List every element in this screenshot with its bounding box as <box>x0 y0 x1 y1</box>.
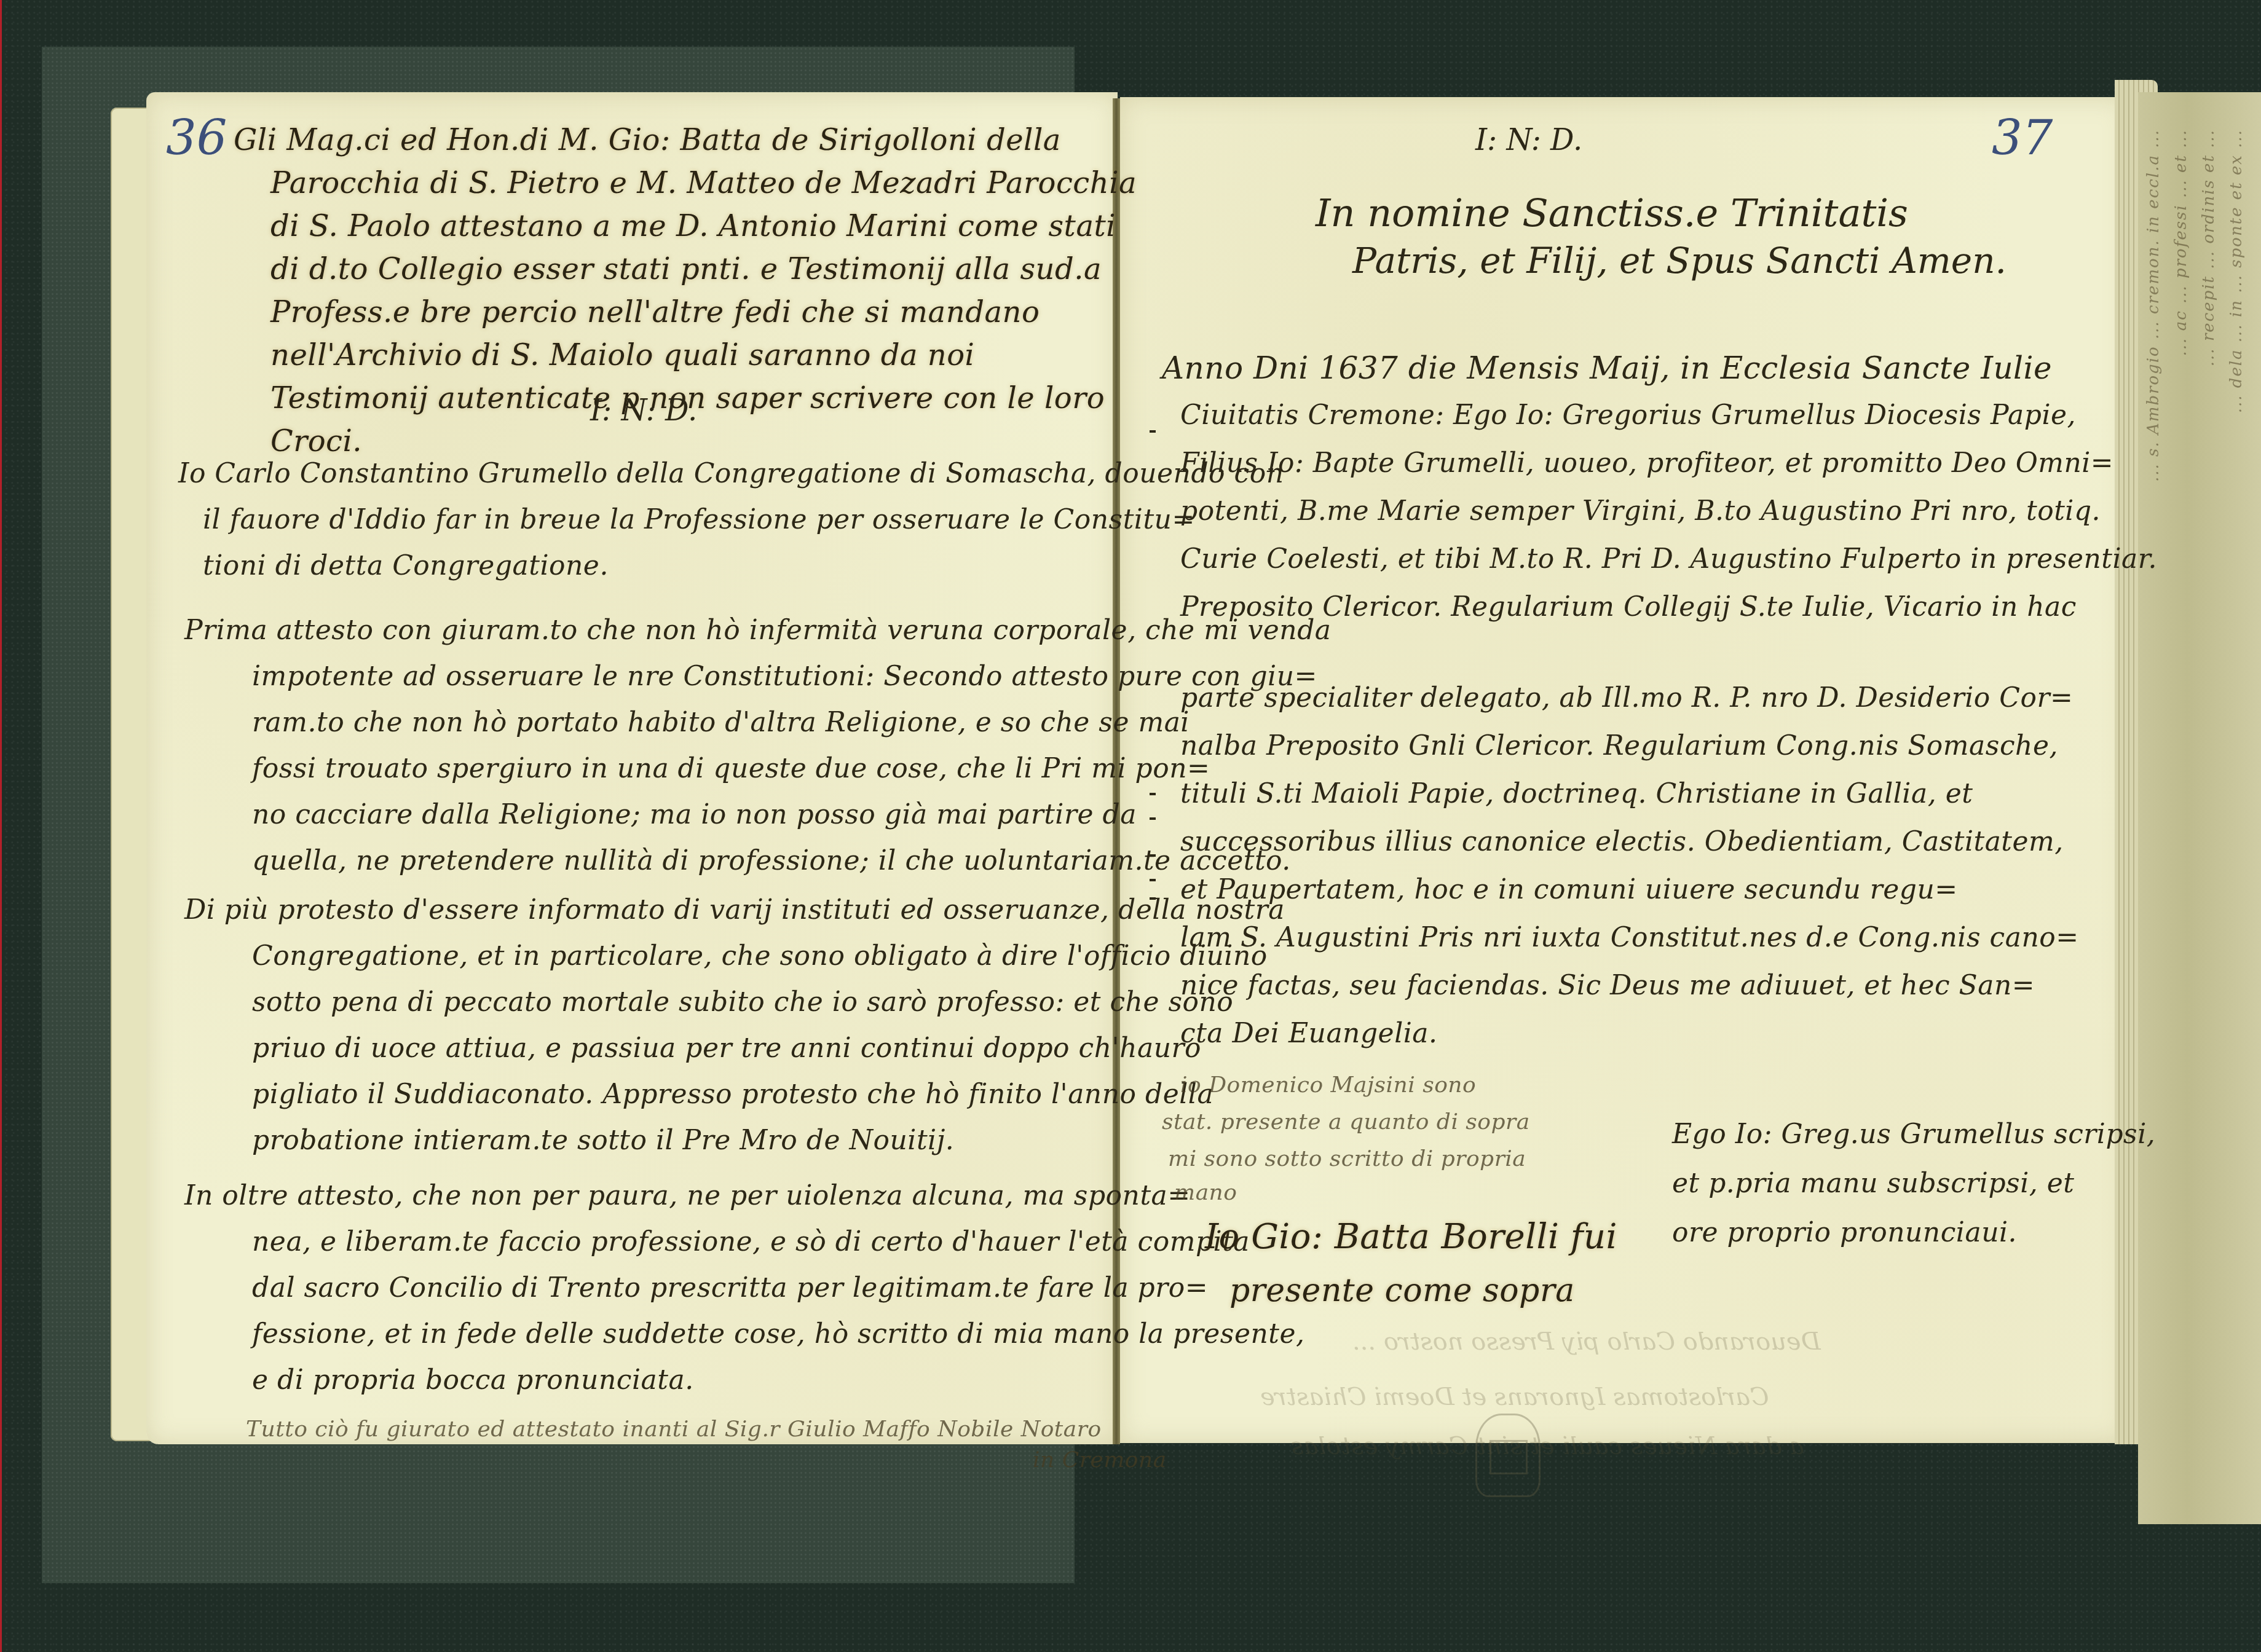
folio-number-right: 37 <box>1992 111 2053 166</box>
strip-line: ... dela ... in ... sponte et ex ... <box>2227 129 2246 413</box>
text-line: dal sacro Concilio di Trento prescritta … <box>252 1272 1208 1304</box>
strip-line: ... recepit ... ordinis et ... <box>2200 129 2218 366</box>
text-line: et p.pria manu subscripsi, et <box>1672 1168 2074 1199</box>
left-heading-ind: I: N: D. <box>590 393 697 428</box>
parchment-strip: ... s. Ambrogio ... cremon. in eccl.a ..… <box>2138 92 2261 1524</box>
text-line: sotto pena di peccato mortale subito che… <box>252 986 1233 1018</box>
folio-number-left: 36 <box>166 111 227 166</box>
margin-tick <box>1150 430 1156 433</box>
strip-line: ... ac ... professi ... et ... <box>2172 129 2190 356</box>
text-line: pigliato il Suddiaconato. Appresso prote… <box>252 1079 1213 1110</box>
text-line: no cacciare dalla Religione; ma io non p… <box>252 799 1137 830</box>
text-line: Preposito Clericor. Regularium Collegij … <box>1180 591 2077 623</box>
text-line: Curie Coelesti, et tibi M.to R. Pri D. A… <box>1180 543 2157 575</box>
text-line: Prima attesto con giuram.to che non hò i… <box>184 615 1332 646</box>
margin-tick <box>1150 854 1156 857</box>
text-line: Anno Dni 1637 die Mensis Maij, in Eccles… <box>1162 350 2052 386</box>
text-line: tioni di detta Congregatione. <box>203 550 609 581</box>
note-line: Gli Mag.ci ed Hon.di M. Gio: Batta de Si… <box>234 123 1061 157</box>
note-line: di S. Paolo attestano a me D. Antonio Ma… <box>270 209 1116 243</box>
margin-tick <box>1150 897 1156 900</box>
note-line: nell'Archivio di S. Maiolo quali saranno… <box>270 338 974 372</box>
text-line: stat. presente a quanto di sopra <box>1162 1109 1530 1135</box>
note-line: Croci. <box>270 424 362 458</box>
text-line: probatione intieram.te sotto il Pre Mro … <box>252 1125 954 1156</box>
text-line: nalba Preposito Gnli Clericor. Regulariu… <box>1180 730 2058 761</box>
text-line: tituli S.ti Maioli Papie, doctrineq. Chr… <box>1180 778 1973 809</box>
text-line: Ciuitatis Cremone: Ego Io: Gregorius Gru… <box>1180 399 2076 431</box>
text-line: Di più protesto d'essere informato di va… <box>184 894 1285 926</box>
note-line: Profess.e bre percio nell'altre fedi che… <box>270 295 1040 329</box>
show-through-text: a dara Nieues cauli et sint Carmy estola… <box>1291 1432 1804 1460</box>
text-line: mi sono sotto scritto di propria <box>1168 1146 1526 1171</box>
text-line: quella, ne pretendere nullità di profess… <box>252 845 1291 876</box>
text-line: ore proprio pronunciaui. <box>1672 1217 2017 1248</box>
text-line: priuo di uoce attiua, e passiua per tre … <box>252 1032 1201 1064</box>
text-line: presente come sopra <box>1229 1272 1575 1309</box>
margin-tick <box>1150 817 1156 820</box>
text-line: potenti, B.me Marie semper Virgini, B.to… <box>1180 495 2101 527</box>
text-line: in Cremona <box>1033 1447 1167 1473</box>
show-through-text: Deuorando Carlo piy Presso nostro ... <box>1352 1327 1821 1356</box>
watermark-seal <box>1475 1414 1541 1497</box>
text-line: fossi trouato spergiuro in una di queste… <box>252 753 1210 784</box>
invocation-line-1: In nomine Sanctiss.e Trinitatis <box>1316 191 1908 235</box>
right-heading-ind: I: N: D. <box>1475 123 1582 157</box>
text-line: nice factas, seu faciendas. Sic Deus me … <box>1180 970 2035 1001</box>
scan-edge-marker <box>0 0 2 1652</box>
note-line: Parocchia di S. Pietro e M. Matteo de Me… <box>270 166 1137 200</box>
invocation-line-2: Patris, et Filij, et Spus Sancti Amen. <box>1352 240 2006 281</box>
text-line: Io Gio: Batta Borelli fui <box>1205 1217 1617 1257</box>
text-line: e di propria bocca pronunciata. <box>252 1364 694 1396</box>
text-line: mano <box>1174 1180 1237 1205</box>
text-line: et Paupertatem, hoc e in comuni uiuere s… <box>1180 874 1958 905</box>
strip-line: ... s. Ambrogio ... cremon. in eccl.a ..… <box>2144 129 2163 482</box>
note-line: di d.to Collegio esser stati pnti. e Tes… <box>270 252 1102 286</box>
text-line: In oltre attesto, che non per paura, ne … <box>184 1180 1191 1211</box>
margin-tick <box>1150 879 1156 881</box>
text-line: ram.to che non hò portato habito d'altra… <box>252 707 1190 738</box>
text-line: successoribus illius canonice electis. O… <box>1180 826 2064 857</box>
text-line: fessione, et in fede delle suddette cose… <box>252 1318 1304 1350</box>
text-line: Congregatione, et in particolare, che so… <box>252 940 1268 972</box>
show-through-text: Carlostomas Ignorans et Doemi Chiastre <box>1260 1383 1769 1411</box>
text-line: Tutto ciò fu giurato ed attestato inanti… <box>246 1417 1102 1442</box>
text-line: lam S. Augustini Pris nri iuxta Constitu… <box>1180 922 2079 953</box>
text-line: Filius Io: Bapte Grumelli, uoueo, profit… <box>1180 447 2113 479</box>
text-line: nea, e liberam.te faccio professione, e … <box>252 1226 1250 1257</box>
text-line: impotente ad osseruare le nre Constituti… <box>252 661 1317 692</box>
text-line: Io Carlo Constantino Grumello della Cong… <box>178 458 1284 489</box>
text-line: cta Dei Euangelia. <box>1180 1018 1438 1049</box>
text-line: il fauore d'Iddio far in breue la Profes… <box>203 504 1195 535</box>
text-line: Ego Io: Greg.us Grumellus scripsi, <box>1672 1119 2155 1150</box>
text-line: parte specialiter delegato, ab Ill.mo R.… <box>1180 682 2073 714</box>
text-line: io Domenico Majsini sono <box>1180 1072 1476 1098</box>
margin-tick <box>1150 793 1156 795</box>
